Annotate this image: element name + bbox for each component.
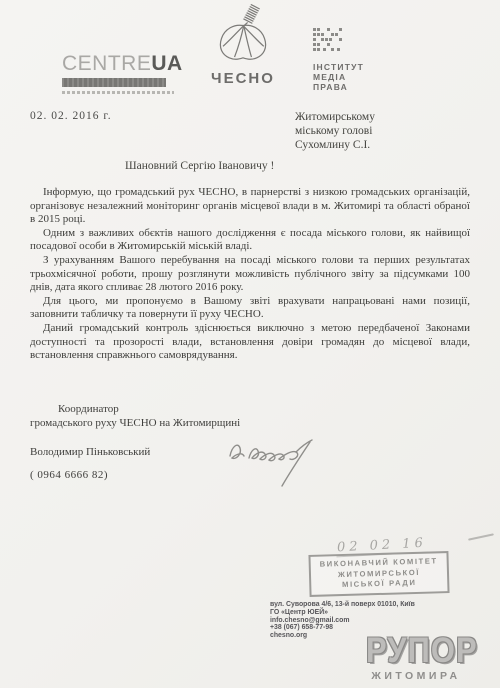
signoff-title-line-2: громадського руху ЧЕСНО на Житомирщині	[30, 416, 240, 430]
signoff-block: Координатор громадського руху ЧЕСНО на Ж…	[30, 402, 240, 482]
signature-scribble	[222, 428, 322, 495]
chesno-logo: ЧЕСНО	[201, 4, 285, 87]
executive-committee-stamp: ВИКОНАВЧИЙ КОМІТЕТ ЖИТОМИРСЬКОЇ МІСЬКОЇ …	[308, 551, 449, 596]
letter-date: 02. 02. 2016 г.	[30, 110, 112, 122]
rupor-title: РУПОР	[366, 632, 466, 669]
recipient-line-1: Житомирському	[295, 110, 375, 124]
scan-artifact-mark	[468, 533, 494, 540]
rupor-zhytomyra-logo: РУПОР ЖИТОМИРА	[366, 632, 466, 682]
signoff-title-line-1: Координатор	[30, 402, 240, 416]
contact-address: вул. Суворова 4/6, 13-й поверх 01010, Ки…	[270, 601, 415, 609]
centreua-wordmark: CENTREUA	[62, 52, 174, 76]
signer-name: Володимир Піньковський	[30, 445, 240, 459]
centreua-word: CENTRE	[62, 52, 151, 75]
centreua-tagline	[62, 91, 174, 94]
garlic-icon	[203, 51, 283, 68]
scanned-letter-page: CENTREUA	[0, 0, 500, 688]
centreua-bar	[62, 78, 166, 87]
centreua-suffix: UA	[151, 52, 182, 75]
recipient-line-3: Сухомлину С.І.	[295, 138, 375, 152]
contact-email: info.chesno@gmail.com	[270, 617, 415, 625]
paragraph-4: Для цього, ми пропонуємо в Вашому звіті …	[30, 295, 470, 322]
contact-org: ГО «Центр ЮЕЙ»	[270, 609, 415, 617]
letter-body: Інформую, що громадський рух ЧЕСНО, в па…	[30, 186, 470, 363]
salutation: Шановний Сергію Івановичу !	[125, 160, 274, 172]
media-law-institute-logo: ІНСТИТУТ МЕДІА ПРАВА	[313, 28, 393, 92]
pixel-grid-icon	[313, 28, 393, 57]
imp-line-3: ПРАВА	[313, 82, 393, 92]
recipient-line-2: міському голові	[295, 124, 375, 138]
imp-line-1: ІНСТИТУТ	[313, 62, 393, 72]
rupor-subtitle: ЖИТОМИРА	[366, 670, 466, 682]
recipient-block: Житомирському міському голові Сухомлину …	[295, 110, 375, 152]
signer-phone: ( 0964 6666 82)	[30, 468, 240, 482]
chesno-wordmark: ЧЕСНО	[201, 70, 285, 87]
paragraph-5: Даний громадський контроль здіснюється в…	[30, 322, 470, 363]
paragraph-2: Одним з важливих обєктів нашого дослідже…	[30, 227, 470, 254]
stamp-line-3: МІСЬКОЇ РАДИ	[313, 577, 445, 591]
paragraph-1: Інформую, що громадський рух ЧЕСНО, в па…	[30, 186, 470, 227]
centreua-logo: CENTREUA	[62, 52, 174, 94]
imp-line-2: МЕДІА	[313, 72, 393, 82]
paragraph-3: З урахуванням Вашого перебування на поса…	[30, 254, 470, 295]
